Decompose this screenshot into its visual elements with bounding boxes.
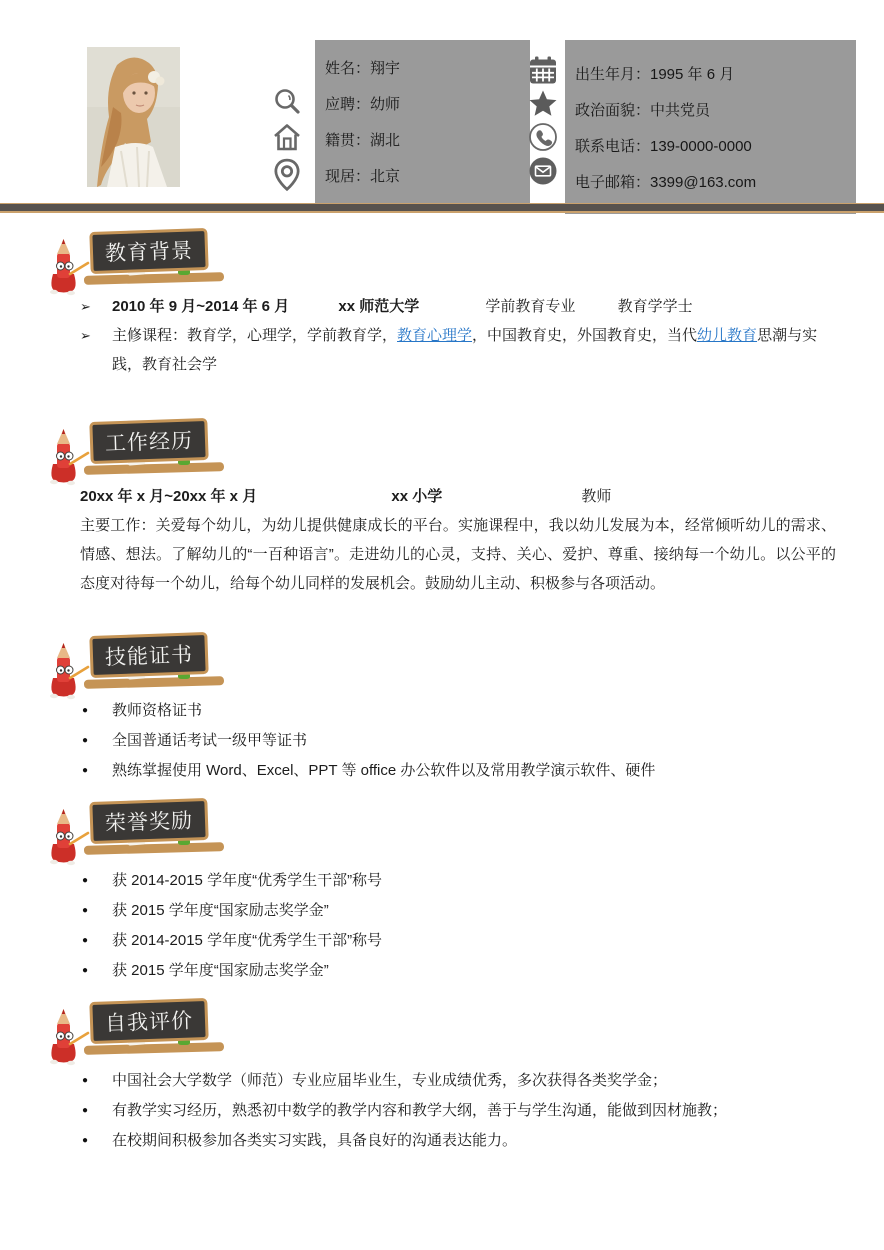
mail-icon [528,156,558,186]
birth-date-line: 出生年月：1995 年 6 月 [575,63,856,84]
work-role: 教师 [581,488,611,505]
dot-bullet-icon: ● [82,1066,88,1096]
dot-bullet-icon: ● [82,696,88,726]
education-content: ➢ 2010 年 9 月~2014 年 6 月 xx 师范大学 学前教育专业 教… [80,292,836,379]
work-description: 主要工作：关爱每个幼儿，为幼儿提供健康成长的平台。实施课程中，我以幼儿发展为本，… [80,511,836,598]
section-header-education: 教育背景 [44,228,264,292]
course-text: 主修课程：教育学，心理学，学前教育学， [112,327,397,344]
native-place-line: 籍贯：湖北 [325,129,530,150]
work-company: xx 小学 [391,488,442,505]
pencil-mascot-icon [40,1006,92,1066]
course-text: ，中国教育史，外国教育史，当代 [472,327,697,344]
list-item: ● 中国社会大学数学（师范）专业应届毕业生，专业成绩优秀，多次获得各类奖学金； [80,1066,836,1096]
list-item: ● 获 2015 学年度“国家励志奖学金” [80,896,836,926]
section-header-honors: 荣誉奖励 [44,798,264,862]
applied-position-line: 应聘：幼师 [325,93,530,114]
arrow-bullet-icon: ➢ [80,321,91,350]
skill-text: 教师资格证书 [112,702,202,719]
self-eval-text: 中国社会大学数学（师范）专业应届毕业生，专业成绩优秀，多次获得各类奖学金； [112,1072,667,1089]
chalkboard-ledge [84,842,224,855]
self-eval-text: 有教学实习经历，熟悉初中数学的教学内容和教学大纲，善于与学生沟通，能做到因材施教… [112,1102,727,1119]
pencil-mascot-icon [40,426,92,486]
list-item: ● 获 2015 学年度“国家励志奖学金” [80,956,836,986]
list-item: ● 熟练掌握使用 Word、Excel、PPT 等 office 办公软件以及常… [80,756,836,786]
pencil-mascot-icon [40,806,92,866]
education-school: xx 师范大学 [338,298,419,315]
section-title: 教育背景 [89,228,208,274]
chalkboard-ledge [84,462,224,475]
skills-content: ● 教师资格证书 ● 全国普通话考试一级甲等证书 ● 熟练掌握使用 Word、E… [80,696,836,786]
dot-bullet-icon: ● [82,1096,88,1126]
list-item: ● 在校期间积极参加各类实习实践，具备良好的沟通表达能力。 [80,1126,836,1156]
calendar-icon [528,55,558,85]
self-eval-text: 在校期间积极参加各类实习实践，具备良好的沟通表达能力。 [112,1132,517,1149]
skill-text: 全国普通话考试一级甲等证书 [112,732,307,749]
arrow-bullet-icon: ➢ [80,292,91,321]
chalkboard-ledge [84,272,224,285]
name-line: 姓名：翔宇 [325,57,530,78]
personal-info-box: 姓名：翔宇 应聘：幼师 籍贯：湖北 现居：北京 [315,40,530,203]
pencil-mascot-icon [40,640,92,700]
skill-text: 熟练掌握使用 Word、Excel、PPT 等 office 办公软件以及常用教… [112,762,655,779]
work-content: 20xx 年 x 月~20xx 年 x 月 xx 小学 教师 主要工作：关爱每个… [80,482,836,598]
section-title: 自我评价 [89,998,208,1044]
residence-line: 现居：北京 [325,165,530,186]
work-period: 20xx 年 x 月~20xx 年 x 月 [80,488,257,505]
education-courses: ➢ 主修课程：教育学，心理学，学前教育学，教育心理学，中国教育史，外国教育史，当… [80,321,836,379]
chalkboard-ledge [84,1042,224,1055]
education-period: 2010 年 9 月~2014 年 6 月 [112,298,289,315]
list-item: ● 获 2014-2015 学年度“优秀学生干部”称号 [80,866,836,896]
star-icon [528,89,558,118]
list-item: ● 全国普通话考试一级甲等证书 [80,726,836,756]
education-major: 学前教育专业 [485,298,575,315]
course-link-preschool[interactable]: 幼儿教育 [697,327,757,344]
list-item: ● 教师资格证书 [80,696,836,726]
dot-bullet-icon: ● [82,1126,88,1156]
section-header-self-eval: 自我评价 [44,998,264,1062]
honor-text: 获 2015 学年度“国家励志奖学金” [112,962,329,979]
resume-page: 姓名：翔宇 应聘：幼师 籍贯：湖北 现居：北京 出 [0,0,884,1250]
section-title: 工作经历 [89,418,208,464]
section-header-work: 工作经历 [44,418,264,482]
dot-bullet-icon: ● [82,866,88,896]
section-header-skills: 技能证书 [44,632,264,696]
section-title: 荣誉奖励 [89,798,208,844]
contact-info-box: 出生年月：1995 年 6 月 政治面貌：中共党员 联系电话：139-0000-… [565,40,856,214]
header-divider [0,203,884,213]
work-row: 20xx 年 x 月~20xx 年 x 月 xx 小学 教师 [80,482,836,511]
dot-bullet-icon: ● [82,926,88,956]
honor-text: 获 2014-2015 学年度“优秀学生干部”称号 [112,932,382,949]
phone-icon [528,122,558,152]
applicant-photo [87,47,180,187]
pencil-mascot-icon [40,236,92,296]
header-right-icon-column [528,55,558,186]
dot-bullet-icon: ● [82,726,88,756]
dot-bullet-icon: ● [82,896,88,926]
education-degree: 教育学学士 [618,298,693,315]
section-title: 技能证书 [89,632,208,678]
dot-bullet-icon: ● [82,956,88,986]
self-eval-content: ● 中国社会大学数学（师范）专业应届毕业生，专业成绩优秀，多次获得各类奖学金； … [80,1066,836,1156]
honor-text: 获 2014-2015 学年度“优秀学生干部”称号 [112,872,382,889]
education-row: ➢ 2010 年 9 月~2014 年 6 月 xx 师范大学 学前教育专业 教… [80,292,836,321]
course-link-psychology[interactable]: 教育心理学 [397,327,472,344]
list-item: ● 有教学实习经历，熟悉初中数学的教学内容和教学大纲，善于与学生沟通，能做到因材… [80,1096,836,1126]
email-line: 电子邮箱：3399@163.com [575,171,856,192]
search-icon [271,86,303,116]
home-icon [271,122,303,152]
phone-line: 联系电话：139-0000-0000 [575,135,856,156]
honor-text: 获 2015 学年度“国家励志奖学金” [112,902,329,919]
header-left-icon-column [271,86,303,192]
political-status-line: 政治面貌：中共党员 [575,99,856,120]
honors-content: ● 获 2014-2015 学年度“优秀学生干部”称号 ● 获 2015 学年度… [80,866,836,986]
location-icon [271,158,303,192]
dot-bullet-icon: ● [82,756,88,786]
chalkboard-ledge [84,676,224,689]
list-item: ● 获 2014-2015 学年度“优秀学生干部”称号 [80,926,836,956]
